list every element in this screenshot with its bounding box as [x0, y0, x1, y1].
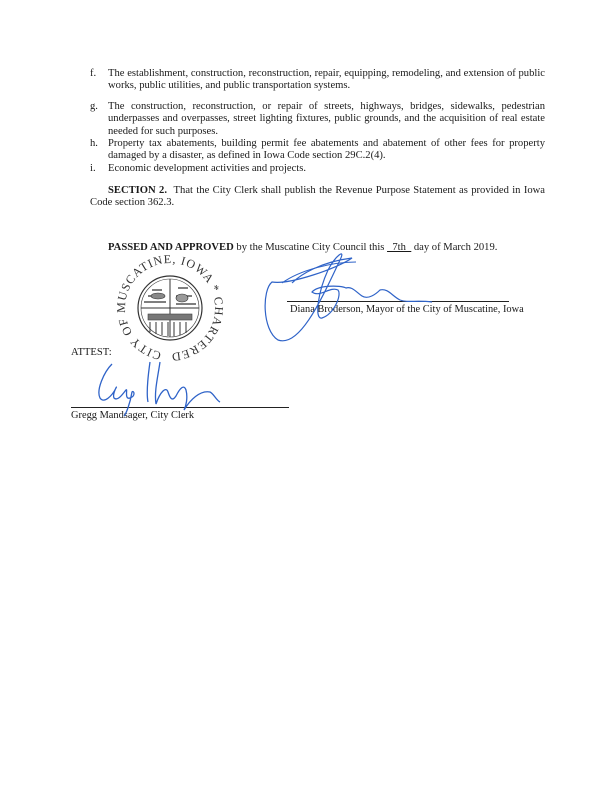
document-page: f. The establishment, construction, reco… [0, 0, 613, 800]
clerk-signature-icon [0, 0, 613, 800]
